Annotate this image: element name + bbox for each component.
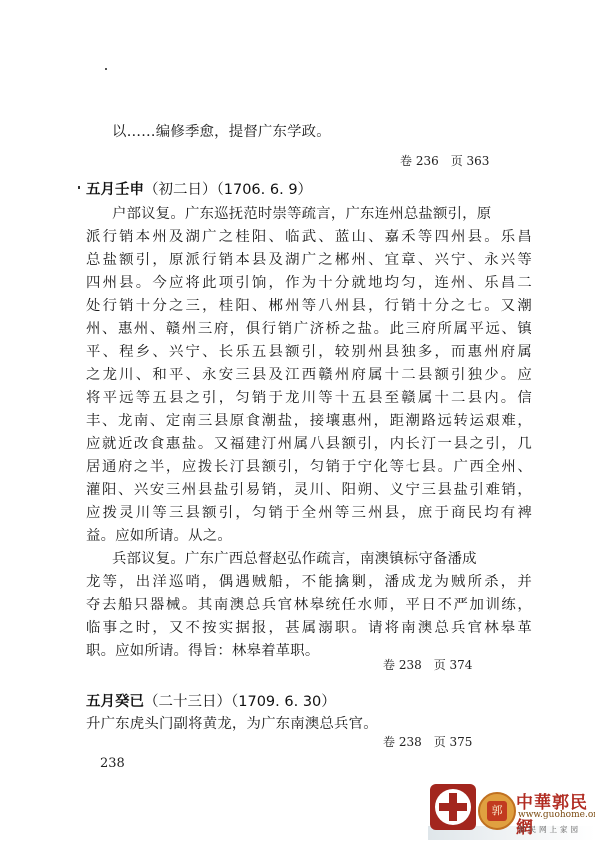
- scan-speck: [105, 68, 107, 70]
- entry-title: 五月癸已: [86, 694, 144, 710]
- entry-day: （初二日）: [144, 182, 217, 198]
- text-line: 派行销本州及湖广之桂阳、临武、蓝山、嘉禾等四州县。乐昌: [86, 225, 532, 246]
- text-line: 职。应如所请。得旨：林皋着革职。: [86, 639, 319, 660]
- text-line: 升广东虎头门副将黄龙，为广东南澳总兵官。: [86, 712, 378, 733]
- coin-icon: 郭: [478, 792, 516, 830]
- watermark-logo: 郭 中華郭民網 www.guohome.org 郭民网上家园: [428, 782, 595, 840]
- text-line: 应拨灵川等三县额引，匀销于全州等三州县，庶于商民均有裨: [86, 501, 532, 522]
- text-line: 龙等，出洋巡哨，偶遇贼船，不能擒剿，潘成龙为贼所杀，并: [86, 570, 532, 591]
- entry-reference: 卷 238 页 374: [383, 656, 472, 673]
- text-line: 益。应如所请。从之。: [86, 524, 232, 545]
- text-line: 应就近改食惠盐。又福建汀州属八县额引，内长汀一县之引，几: [86, 432, 532, 453]
- entry-reference: 卷 238 页 375: [383, 733, 472, 750]
- text-line: 丰、龙南、定南三县原食潮盐，接壤惠州，距潮路远转运艰难，: [86, 409, 532, 430]
- text-line: 居通府之半，应拨长汀县额引，匀销于宁化等七县。广西全州、: [86, 455, 532, 476]
- text-line: 之龙川、和平、永安三县及江西赣州府属十二县额引独少。应: [86, 363, 532, 384]
- entry-date: （1709. 6. 30）: [231, 694, 336, 710]
- logo-slogan: 郭民网上家园: [518, 824, 581, 835]
- text-line: 夺去船只器械。其南澳总兵官林皋统任水师，平日不严加训练，: [86, 593, 532, 614]
- text-line: 灌阳、兴安三州县盐引易销，灵川、阳朔、义宁三县盐引难销，: [86, 478, 532, 499]
- margin-mark: [78, 186, 80, 189]
- text-line: 四州县。今应将此项引饷，作为十分就地均匀，连州、乐昌二: [86, 271, 532, 292]
- intro-line: 以……编修季愈，提督广东学政。: [112, 120, 331, 141]
- text-line: 户部议复。广东巡抚范时崇等疏言，广东连州总盐额引，原: [112, 202, 491, 223]
- entry-heading-2: 五月癸已（二十三日）（1709. 6. 30）: [86, 690, 336, 711]
- text-line: 处行销十分之三，桂阳、郴州等八州县，行销十分之七。又潮: [86, 294, 532, 315]
- text-line: 临事之时，又不按实据报，甚属溺职。请将南澳总兵官林皋革: [86, 616, 532, 637]
- entry-day: （二十三日）: [144, 694, 231, 710]
- intro-reference: 卷 236 页 363: [400, 152, 489, 169]
- entry-heading-1: 五月壬申（初二日）（1706. 6. 9）: [86, 178, 312, 199]
- text-line: 将平远等五县之引，匀销于龙川等十五县至赣属十二县内。信: [86, 386, 532, 407]
- text-line: 平、程乡、兴宁、长乐五县额引，较别州县独多，而惠州府属: [86, 340, 532, 361]
- entry-date: （1706. 6. 9）: [217, 182, 313, 198]
- text-line: 兵部议复。广东广西总督赵弘作疏言，南澳镇标守备潘成: [112, 547, 477, 568]
- logo-url: www.guohome.org: [518, 810, 595, 820]
- entry-title: 五月壬申: [86, 182, 144, 198]
- page-number: 238: [100, 756, 125, 771]
- text-line: 总盐额引，原派行销本县及湖广之郴州、宜章、兴宁、永兴等: [86, 248, 532, 269]
- text-line: 州、惠州、赣州三府，俱行销广济桥之盐。此三府所属平远、镇: [86, 317, 532, 338]
- seal-icon: [430, 784, 476, 830]
